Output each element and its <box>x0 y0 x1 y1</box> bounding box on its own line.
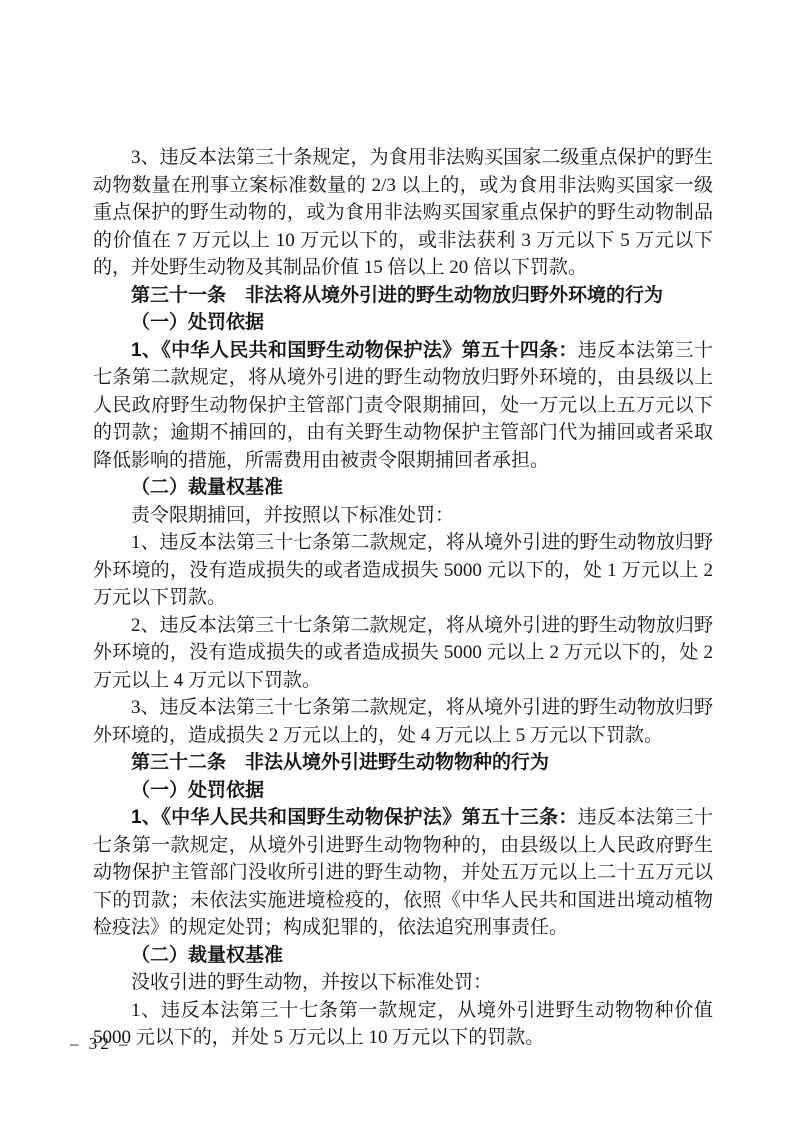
paragraph: 没收引进的野生动物，并按以下标准处罚： <box>93 969 713 997</box>
paragraph: 1、《中华人民共和国野生动物保护法》第五十四条：违反本法第三十七条第二款规定，将… <box>93 337 713 475</box>
article-heading: 第三十二条 非法从境外引进野生动物物种的行为 <box>93 749 713 777</box>
section-heading: （一）处罚依据 <box>93 309 713 337</box>
paragraph: 3、违反本法第三十条规定，为食用非法购买国家二级重点保护的野生动物数量在刑事立案… <box>93 144 713 282</box>
paragraph: 3、违反本法第三十七条第二款规定，将从境外引进的野生动物放归野外环境的，造成损失… <box>93 694 713 749</box>
section-heading: （一）处罚依据 <box>93 777 713 805</box>
section-heading: （二）裁量权基准 <box>93 474 713 502</box>
page-number: – 32 – <box>70 1034 131 1054</box>
provision-lead: 1、《中华人民共和国野生动物保护法》第五十三条： <box>131 807 578 828</box>
paragraph: 2、违反本法第三十七条第二款规定，将从境外引进的野生动物放归野外环境的，没有造成… <box>93 612 713 695</box>
section-heading: （二）裁量权基准 <box>93 942 713 970</box>
document-page: 3、违反本法第三十条规定，为食用非法购买国家二级重点保护的野生动物数量在刑事立案… <box>0 0 793 1122</box>
paragraph: 1、《中华人民共和国野生动物保护法》第五十三条：违反本法第三十七条第一款规定，从… <box>93 804 713 942</box>
paragraph: 1、违反本法第三十七条第一款规定，从境外引进野生动物物种价值 5000 元以下的… <box>93 997 713 1052</box>
paragraph: 1、违反本法第三十七条第二款规定，将从境外引进的野生动物放归野外环境的，没有造成… <box>93 529 713 612</box>
document-body: 3、违反本法第三十条规定，为食用非法购买国家二级重点保护的野生动物数量在刑事立案… <box>93 144 713 1052</box>
paragraph: 责令限期捕回，并按照以下标准处罚： <box>93 502 713 530</box>
provision-lead: 1、《中华人民共和国野生动物保护法》第五十四条： <box>131 340 578 361</box>
article-heading: 第三十一条 非法将从境外引进的野生动物放归野外环境的行为 <box>93 282 713 310</box>
